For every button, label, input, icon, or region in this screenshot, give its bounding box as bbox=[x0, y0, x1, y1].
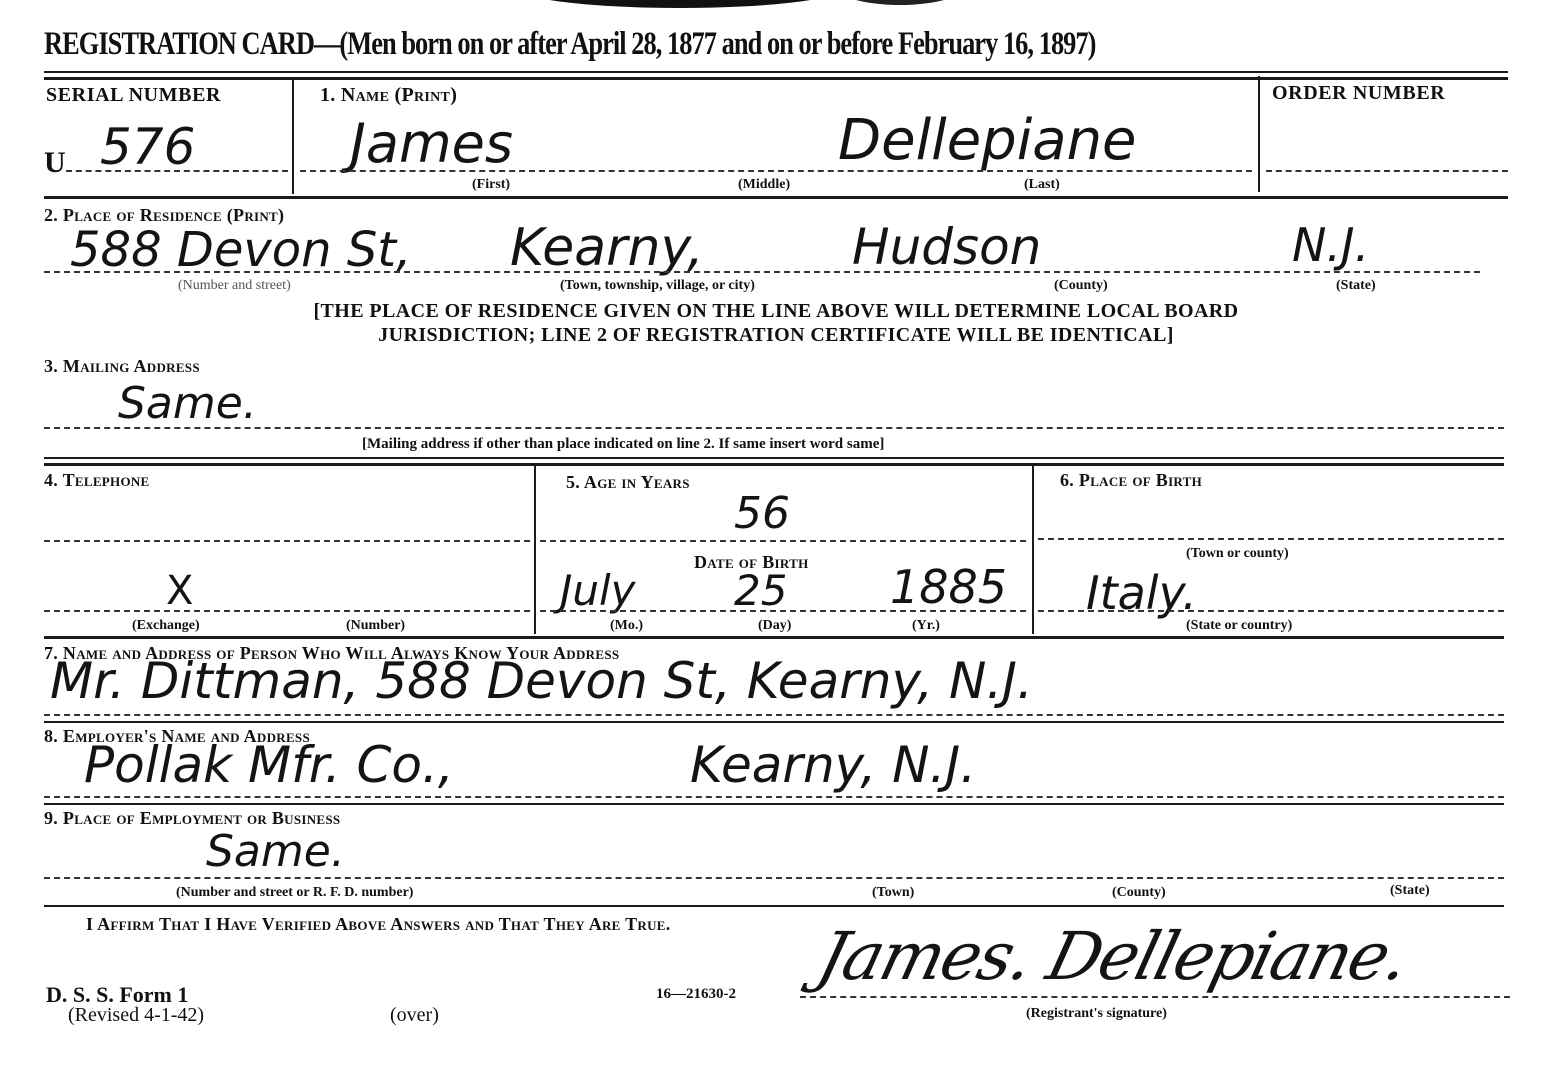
first-name-caption: (First) bbox=[472, 177, 510, 193]
mailing-address-note: [Mailing address if other than place ind… bbox=[362, 436, 884, 453]
employer-name-value[interactable]: Pollak Mfr. Co., bbox=[84, 736, 454, 794]
over-note: (over) bbox=[390, 1004, 439, 1027]
middle-name-caption: (Middle) bbox=[738, 177, 790, 193]
dob-month-value[interactable]: July bbox=[560, 566, 636, 615]
contact-person-value[interactable]: Mr. Dittman, 588 Devon St, Kearny, N.J. bbox=[50, 652, 1033, 710]
card-title: REGISTRATION CARD—(Men born on or after … bbox=[44, 26, 1096, 63]
age-label: 5. Age in Years bbox=[566, 472, 690, 493]
registrant-signature[interactable]: James. Dellepiane. bbox=[810, 918, 1415, 995]
residence-county-caption: (County) bbox=[1054, 278, 1108, 294]
dob-year-caption: (Yr.) bbox=[912, 618, 940, 634]
last-name-caption: (Last) bbox=[1024, 177, 1060, 193]
residence-street-value[interactable]: 588 Devon St, bbox=[70, 222, 411, 278]
employment-street-caption: (Number and street or R. F. D. number) bbox=[176, 885, 413, 901]
ink-blot bbox=[520, 0, 840, 8]
birthplace-town-caption: (Town or county) bbox=[1186, 546, 1289, 562]
registration-card: REGISTRATION CARD—(Men born on or after … bbox=[0, 0, 1568, 1066]
employer-address-value[interactable]: Kearny, N.J. bbox=[690, 736, 976, 794]
employment-town-caption: (Town) bbox=[872, 885, 914, 901]
residence-town-caption: (Town, township, village, or city) bbox=[560, 278, 755, 294]
serial-number-label: SERIAL NUMBER bbox=[46, 84, 221, 107]
ink-blot bbox=[830, 0, 970, 5]
serial-number-value[interactable]: 576 bbox=[100, 118, 195, 176]
telephone-number-caption: (Number) bbox=[346, 618, 405, 634]
residence-state-value[interactable]: N.J. bbox=[1292, 218, 1369, 272]
form-revised: (Revised 4-1-42) bbox=[68, 1004, 204, 1027]
residence-county-value[interactable]: Hudson bbox=[852, 218, 1041, 276]
first-name-value[interactable]: James bbox=[350, 112, 513, 175]
employment-county-caption: (County) bbox=[1112, 885, 1166, 901]
dob-day-caption: (Day) bbox=[758, 618, 791, 634]
dob-day-value[interactable]: 25 bbox=[734, 566, 787, 615]
residence-state-caption: (State) bbox=[1336, 278, 1376, 294]
mailing-address-value[interactable]: Same. bbox=[118, 378, 257, 429]
last-name-value[interactable]: Dellepiane bbox=[838, 108, 1137, 173]
serial-prefix: U bbox=[44, 146, 66, 180]
telephone-exchange-caption: (Exchange) bbox=[132, 618, 200, 634]
order-number-label: ORDER NUMBER bbox=[1272, 82, 1445, 105]
telephone-value[interactable]: X bbox=[166, 568, 193, 614]
name-label: 1. Name (Print) bbox=[320, 84, 457, 107]
affirmation-text: I Affirm That I Have Verified Above Answ… bbox=[86, 914, 671, 935]
residence-notice-line1: [THE PLACE OF RESIDENCE GIVEN ON THE LIN… bbox=[140, 300, 1412, 323]
residence-notice-line2: JURISDICTION; LINE 2 OF REGISTRATION CER… bbox=[140, 324, 1412, 347]
print-code: 16—21630-2 bbox=[656, 986, 736, 1003]
telephone-label: 4. Telephone bbox=[44, 470, 150, 491]
employment-state-caption: (State) bbox=[1390, 883, 1430, 899]
birthplace-label: 6. Place of Birth bbox=[1060, 470, 1202, 491]
residence-street-caption: (Number and street) bbox=[178, 278, 291, 294]
mailing-address-label: 3. Mailing Address bbox=[44, 356, 200, 377]
residence-town-value[interactable]: Kearny, bbox=[510, 218, 704, 278]
signature-caption: (Registrant's signature) bbox=[1026, 1006, 1167, 1022]
employment-place-value[interactable]: Same. bbox=[206, 826, 345, 877]
dob-year-value[interactable]: 1885 bbox=[890, 560, 1007, 614]
birthplace-country-caption: (State or country) bbox=[1186, 618, 1292, 634]
dob-month-caption: (Mo.) bbox=[610, 618, 643, 634]
age-value[interactable]: 56 bbox=[734, 488, 790, 539]
